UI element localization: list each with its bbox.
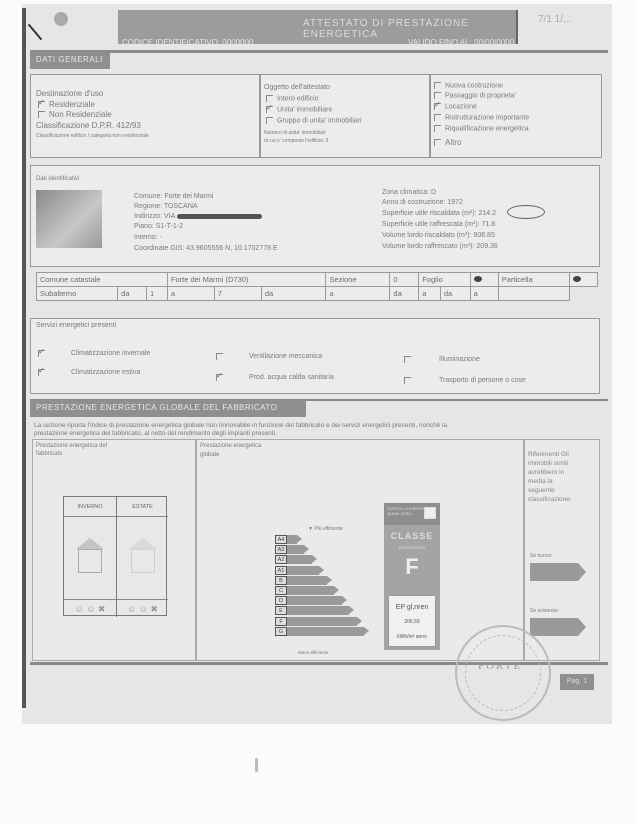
- checkbox-unchecked[interactable]: [434, 82, 441, 89]
- smiley-rating-icons: ☺ ☺ ✖: [64, 599, 116, 617]
- option-riqualificazione[interactable]: Riqualificazione energetica: [434, 125, 529, 132]
- handwritten-circle: [507, 205, 545, 219]
- destinazione-title: Destinazione d'uso: [36, 89, 103, 98]
- checkbox-checked[interactable]: [216, 374, 223, 381]
- checkbox-unchecked[interactable]: [434, 125, 441, 132]
- smiley-rating-icons: ☺ ☺ ✖: [117, 599, 168, 617]
- dati-identificativi-title: Dati identificativi: [36, 176, 79, 182]
- corner-handwriting: 7/1 1/...: [538, 14, 571, 25]
- energy-class-letter: F: [384, 554, 440, 580]
- comune: Comune: Forte dei Marmi: [134, 193, 213, 200]
- checkbox-unchecked[interactable]: [266, 117, 273, 124]
- energetica-word: ENERGETICA: [384, 545, 440, 550]
- energy-class-bar: A4: [275, 535, 297, 544]
- piano: Piano: S1-T-1-2: [134, 223, 183, 230]
- interno: Interno: -: [134, 234, 162, 241]
- checkbox-checked[interactable]: [434, 103, 441, 110]
- se-nuovo-label: Se nuovo:: [530, 553, 553, 559]
- servizio-illuminazione[interactable]: Illuminazione: [404, 356, 480, 363]
- section-rule: [30, 50, 608, 53]
- catasto-cell-redacted: [569, 273, 597, 287]
- servizio-acqua-calda[interactable]: Prod. acqua calda sanitaria: [216, 374, 334, 381]
- fabbricato-title-2: fabbricato: [36, 451, 62, 457]
- option-locazione[interactable]: Locazione: [434, 103, 477, 110]
- catasto-cell: Comune catastale: [37, 273, 168, 287]
- coordinate-gis: Coordinate GIS: 43.9605556 N, 10.1702778…: [134, 245, 278, 252]
- region-logo-icon: [54, 12, 68, 26]
- classificazione-note: Classificazione edificio / categoria non…: [36, 133, 149, 139]
- estate-column: ESTATE ☺ ☺ ✖: [116, 497, 168, 617]
- option-non-residenziale[interactable]: Non Residenziale: [38, 110, 112, 119]
- option-altro[interactable]: Altro: [434, 138, 461, 147]
- table-row: Subalterno da 1 a 7 da a da a da a: [37, 287, 598, 301]
- volume-raffrescato: Volume lordo raffrescato (m³): 209.36: [382, 243, 498, 250]
- identification-code: CODICE IDENTIFICATIVO: 0000000: [122, 38, 253, 47]
- energy-class-label: G: [275, 627, 287, 636]
- energy-class-bar: A2: [275, 555, 312, 564]
- energy-class-label: A2: [275, 555, 287, 564]
- section-tab-dati-generali: DATI GENERALI: [30, 52, 110, 69]
- classe-word: CLASSE: [384, 531, 440, 541]
- catasto-cell: a: [419, 287, 441, 301]
- checkbox-unchecked[interactable]: [434, 139, 441, 146]
- fabbricato-title-1: Prestazione energetica del: [36, 443, 107, 449]
- checkbox-unchecked[interactable]: [404, 377, 411, 384]
- document-title: ATTESTATO DI PRESTAZIONE ENERGETICA: [303, 18, 516, 40]
- energy-class-badge: EDIFICIO A ENERGIA QUASI ZERO CLASSE ENE…: [384, 503, 440, 650]
- energy-class-label: F: [275, 617, 287, 626]
- riferimenti-line: seguente: [528, 486, 572, 495]
- energy-class-bar: E: [275, 606, 349, 615]
- volume-riscaldato: Volume lordo riscaldato (m³): 906.85: [382, 232, 495, 239]
- superficie-raffrescata: Superficie utile raffrescata (m²): 71.8: [382, 221, 495, 228]
- nuovo-class-arrow: [530, 563, 578, 581]
- checkbox-unchecked[interactable]: [38, 111, 45, 118]
- catasto-cell: Forte dei Marmi (D730): [167, 273, 326, 287]
- ep-unit: kWh/m² anno: [389, 634, 435, 640]
- checkbox-unchecked[interactable]: [404, 356, 411, 363]
- catasto-cell: Particella: [498, 273, 569, 287]
- option-passaggio-proprieta[interactable]: Passaggio di proprieta': [434, 92, 516, 99]
- energy-class-bar: G: [275, 627, 364, 636]
- catasto-cell: da: [440, 287, 470, 301]
- checkbox-unchecked[interactable]: [266, 95, 273, 102]
- option-unita-immobiliare[interactable]: Unita' immobiliare: [266, 106, 332, 113]
- catasto-cell-redacted: [470, 273, 498, 287]
- riferimenti-line: media la: [528, 477, 572, 486]
- inverno-label: INVERNO: [64, 497, 116, 517]
- catasto-cell: [498, 287, 569, 301]
- checkbox-checked[interactable]: [266, 106, 273, 113]
- zona-climatica: Zona climatica: D: [382, 189, 436, 196]
- energy-class-label: B: [275, 576, 287, 585]
- checkbox-checked[interactable]: [38, 101, 45, 108]
- indirizzo: Indirizzo: VIA: [134, 213, 262, 220]
- energy-class-bar: C: [275, 586, 334, 595]
- energy-class-label: A1: [275, 566, 287, 575]
- ep-label: EP gl,nren: [389, 604, 435, 611]
- ep-value-box: EP gl,nren 206,59 kWh/m² anno: [388, 595, 436, 647]
- validity-date: VALIDO FINO AL: 00/00/0000: [408, 38, 514, 47]
- redacted-address: [177, 214, 262, 219]
- energy-class-label: C: [275, 586, 287, 595]
- meno-efficiente-label: Meno efficiente: [298, 650, 328, 655]
- catasto-cell: a: [167, 287, 214, 301]
- option-nuova-costruzione[interactable]: Nuova costruzione: [434, 82, 503, 89]
- classificazione-label: Classificazione D.P.R. 412/93: [36, 121, 141, 130]
- catasto-cell: a: [470, 287, 498, 301]
- catasto-cell: da: [261, 287, 326, 301]
- servizio-ventilazione[interactable]: Ventilazione meccanica: [216, 353, 322, 360]
- globale-title-2: globale: [200, 452, 219, 458]
- piu-efficiente-label: ▼ Più efficiente: [308, 526, 343, 532]
- energy-class-label: D: [275, 596, 287, 605]
- table-row: Comune catastale Forte dei Marmi (D730) …: [37, 273, 598, 287]
- page-number: Pag. 1: [560, 674, 594, 690]
- checkbox-unchecked[interactable]: [216, 353, 223, 360]
- energy-class-bar: A1: [275, 566, 319, 575]
- riferimenti-line: classificazione:: [528, 495, 572, 504]
- energy-class-bar: B: [275, 576, 327, 585]
- anno-costruzione: Anno di costruzione: 1972: [382, 199, 463, 206]
- checkbox-checked[interactable]: [38, 369, 45, 376]
- prestazione-description-2: prestazione energetica del fabbricato, a…: [34, 430, 277, 437]
- servizio-climatizzazione-invernale[interactable]: Climatizzazione invernale: [38, 350, 150, 357]
- riferimenti-line: immobili simili: [528, 459, 572, 468]
- globale-title-1: Prestazione energetica: [200, 443, 261, 449]
- building-photo: [36, 190, 102, 248]
- checkbox-unchecked[interactable]: [434, 92, 441, 99]
- official-stamp: [455, 625, 551, 721]
- servizio-trasporto[interactable]: Trasporto di persone o cose: [404, 377, 526, 384]
- oggetto-note-2: di cui e' composto l'edificio: 9: [264, 138, 328, 144]
- option-gruppo-unita[interactable]: Gruppo di unita' immobiliari: [266, 117, 362, 124]
- inverno-estate-box: INVERNO ☺ ☺ ✖ ESTATE ☺ ☺ ✖: [63, 496, 167, 616]
- servizi-title: Servizi energetici presenti: [36, 322, 116, 329]
- section-tab-prestazione: PRESTAZIONE ENERGETICA GLOBALE DEL FABBR…: [30, 400, 306, 417]
- se-esistente-label: Se esistente:: [530, 608, 559, 614]
- riferimenti-line: avrebbero in: [528, 468, 572, 477]
- nzeb-label: EDIFICIO A ENERGIA QUASI ZERO: [384, 503, 440, 525]
- energy-class-bar: A3: [275, 545, 304, 554]
- oggetto-note-1: Numero di unita' immobiliari: [264, 130, 326, 136]
- energy-class-label: A3: [275, 545, 287, 554]
- energy-class-bar: D: [275, 596, 342, 605]
- catasto-cell: da: [118, 287, 147, 301]
- riferimenti-line: Riferimenti Gli: [528, 450, 572, 459]
- servizio-climatizzazione-estiva[interactable]: Climatizzazione estiva: [38, 369, 140, 376]
- prestazione-description-1: La sezione riporta l'indice di prestazio…: [34, 422, 447, 429]
- stamp-text: FORTE: [478, 660, 522, 672]
- superficie-riscaldata: Superficie utile riscaldata (m²): 214.2: [382, 210, 496, 217]
- option-residenziale[interactable]: Residenziale: [38, 100, 95, 109]
- inverno-column: INVERNO ☺ ☺ ✖: [64, 497, 116, 617]
- option-ristrutturazione[interactable]: Ristrutturazione importante: [434, 114, 529, 121]
- catasto-cell: Foglio: [419, 273, 470, 287]
- house-icon: [78, 549, 102, 573]
- header-band: ATTESTATO DI PRESTAZIONE ENERGETICA CODI…: [118, 10, 518, 44]
- option-intero-edificio[interactable]: Intero edificio: [266, 95, 319, 102]
- estate-label: ESTATE: [117, 497, 168, 517]
- house-icon: [131, 549, 155, 573]
- riferimenti-text: Riferimenti Gliimmobili similiavrebbero …: [528, 450, 572, 504]
- catasto-cell: Sezione: [326, 273, 390, 287]
- energy-class-label: A4: [275, 535, 287, 544]
- esistente-class-arrow: [530, 618, 578, 636]
- catasto-table: Comune catastale Forte dei Marmi (D730) …: [36, 272, 598, 301]
- energy-class-scale: A4A3A2A1BCDEFG: [275, 535, 364, 637]
- ep-value: 206,59: [389, 619, 435, 625]
- scan-artifact: [255, 758, 258, 772]
- catasto-cell: 1: [146, 287, 167, 301]
- catasto-cell: 7: [214, 287, 261, 301]
- energy-class-label: E: [275, 606, 287, 615]
- regione: Regione: TOSCANA: [134, 203, 198, 210]
- catasto-cell: a: [326, 287, 390, 301]
- energy-class-bar: F: [275, 617, 357, 626]
- oggetto-title: Oggetto dell'attestato: [264, 84, 330, 91]
- catasto-cell: Subalterno: [37, 287, 118, 301]
- catasto-cell: da: [390, 287, 419, 301]
- catasto-cell: 0: [390, 273, 419, 287]
- scan-edge: [22, 8, 26, 708]
- checkbox-unchecked[interactable]: [434, 114, 441, 121]
- checkbox-checked[interactable]: [38, 350, 45, 357]
